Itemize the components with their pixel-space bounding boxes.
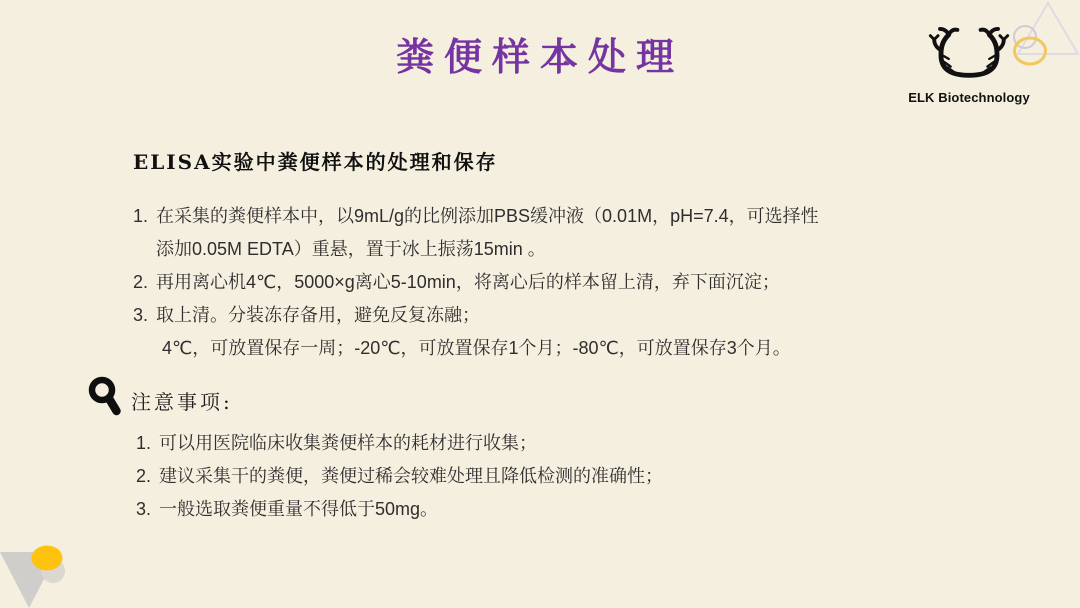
- list-item-number: [133, 332, 156, 365]
- list-item-continuation: 4℃，可放置保存一周；-20℃，可放置保存1个月；-80℃，可放置保存3个月。: [133, 332, 819, 365]
- triangle-dot-decoration-icon: [0, 538, 120, 608]
- notes-heading: 注意事项:: [131, 386, 233, 415]
- list-item-text: 建议采集干的粪便，粪便过稀会较难处理且降低检测的准确性；: [159, 460, 663, 493]
- list-item: 2. 建议采集干的粪便，粪便过稀会较难处理且降低检测的准确性；: [136, 460, 663, 493]
- notes-list: 1. 可以用医院临床收集粪便样本的耗材进行收集； 2. 建议采集干的粪便，粪便过…: [136, 427, 663, 526]
- procedure-list: 1. 在采集的粪便样本中，以9mL/g的比例添加PBS缓冲液（0.01M，pH=…: [133, 200, 819, 365]
- list-item-text: 4℃，可放置保存一周；-20℃，可放置保存1个月；-80℃，可放置保存3个月。: [156, 332, 791, 365]
- list-item-text: 添加0.05M EDTA）重悬，置于冰上振荡15min 。: [156, 233, 546, 266]
- logo-text: ELK Biotechnology: [905, 90, 1033, 105]
- list-item: 1. 在采集的粪便样本中，以9mL/g的比例添加PBS缓冲液（0.01M，pH=…: [133, 200, 819, 233]
- list-item-text: 可以用医院临床收集粪便样本的耗材进行收集；: [159, 427, 537, 460]
- list-item-number: 2.: [136, 460, 159, 493]
- list-item-text: 再用离心机4℃，5000×g离心5-10min，将离心后的样本留上清，弃下面沉淀…: [156, 266, 780, 299]
- list-item: 3. 取上清。分装冻存备用，避免反复冻融；: [133, 299, 819, 332]
- list-item-text: 在采集的粪便样本中，以9mL/g的比例添加PBS缓冲液（0.01M，pH=7.4…: [156, 200, 819, 233]
- list-item-number: 1.: [136, 427, 159, 460]
- notes-header: 注意事项:: [88, 376, 233, 418]
- list-item-text: 取上清。分装冻存备用，避免反复冻融；: [156, 299, 480, 332]
- list-item-number: [133, 233, 156, 266]
- list-item-continuation: 添加0.05M EDTA）重悬，置于冰上振荡15min 。: [133, 233, 819, 266]
- logo: ELK Biotechnology: [905, 26, 1033, 105]
- list-item: 2. 再用离心机4℃，5000×g离心5-10min，将离心后的样本留上清，弃下…: [133, 266, 819, 299]
- magnifier-icon: [88, 376, 124, 418]
- slide: 粪便样本处理: [0, 0, 1080, 608]
- list-item-number: 3.: [133, 299, 156, 332]
- list-item: 3. 一般选取粪便重量不得低于50mg。: [136, 493, 663, 526]
- list-item-number: 3.: [136, 493, 159, 526]
- list-item-text: 一般选取粪便重量不得低于50mg。: [159, 493, 438, 526]
- list-item-number: 1.: [133, 200, 156, 233]
- list-item-number: 2.: [133, 266, 156, 299]
- elk-antlers-icon: [920, 26, 1018, 84]
- procedure-heading: ELISA实验中粪便样本的处理和保存: [133, 146, 498, 175]
- list-item: 1. 可以用医院临床收集粪便样本的耗材进行收集；: [136, 427, 663, 460]
